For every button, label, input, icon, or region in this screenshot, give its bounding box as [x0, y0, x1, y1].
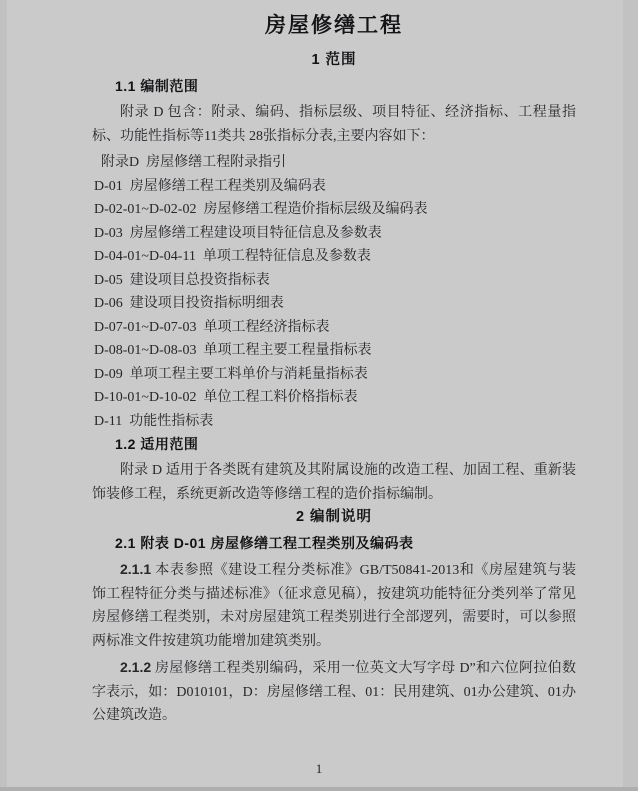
section-heading-scope: 1 范围: [92, 52, 576, 69]
heading-table-d01: 2.1 附表 D-01 房屋修缮工程工程类别及编码表: [92, 535, 576, 552]
page-number: 1: [316, 761, 323, 776]
list-item: D-03 房屋修缮工程建设项目特征信息及参数表: [92, 222, 576, 246]
document-content: 房屋修缮工程 1 范围 1.1 编制范围 附录 D 包含：附录、编码、指标层级、…: [92, 12, 576, 731]
list-item: D-09 单项工程主要工料单价与消耗量指标表: [92, 363, 576, 387]
list-item: D-10-01~D-10-02 单位工程工料价格指标表: [92, 386, 576, 410]
heading-compilation-scope: 1.1 编制范围: [92, 78, 576, 95]
list-item: D-11 功能性指标表: [92, 410, 576, 434]
list-item: D-07-01~D-07-03 单项工程经济指标表: [92, 316, 576, 340]
document-page: 房屋修缮工程 1 范围 1.1 编制范围 附录 D 包含：附录、编码、指标层级、…: [0, 0, 638, 791]
paragraph-number: 2.1.1: [120, 561, 151, 577]
list-item: D-04-01~D-04-11 单项工程特征信息及参数表: [92, 245, 576, 269]
page-edge-bottom: [0, 787, 638, 791]
intro-paragraph: 附录 D 包含：附录、编码、指标层级、项目特征、经济指标、工程量指标、功能性指标…: [92, 101, 576, 148]
applicable-scope-paragraph: 附录 D 适用于各类既有建筑及其附属设施的改造工程、加固工程、重新装饰装修工程，…: [92, 459, 576, 506]
list-item: 附录D 房屋修缮工程附录指引: [92, 151, 576, 175]
appendix-table-list: 附录D 房屋修缮工程附录指引 D-01 房屋修缮工程工程类别及编码表 D-02-…: [92, 151, 576, 433]
page-edge-left: [0, 0, 7, 791]
heading-applicable-scope: 1.2 适用范围: [92, 436, 576, 453]
list-item: D-01 房屋修缮工程工程类别及编码表: [92, 175, 576, 199]
section-heading-notes: 2 编制说明: [92, 509, 576, 526]
list-item: D-06 建设项目投资指标明细表: [92, 292, 576, 316]
list-item: D-02-01~D-02-02 房屋修缮工程造价指标层级及编码表: [92, 198, 576, 222]
paragraph-2-1-1: 2.1.1 本表参照《建设工程分类标准》GB/T50841-2013和《房屋建筑…: [92, 558, 576, 653]
paragraph-2-1-2: 2.1.2 房屋修缮工程类别编码，采用一位英文大写字母 D”和六位阿拉伯数字表示…: [92, 656, 576, 728]
page-edge-right: [623, 0, 638, 791]
list-item: D-08-01~D-08-03 单项工程主要工程量指标表: [92, 339, 576, 363]
paragraph-text: 本表参照《建设工程分类标准》GB/T50841-2013和《房屋建筑与装饰工程特…: [92, 563, 576, 649]
list-item: D-05 建设项目总投资指标表: [92, 269, 576, 293]
doc-title: 房屋修缮工程: [92, 12, 576, 39]
paragraph-text: 房屋修缮工程类别编码，采用一位英文大写字母 D”和六位阿拉伯数字表示，如：D01…: [92, 661, 576, 723]
page-footer: 1: [0, 762, 638, 776]
paragraph-number: 2.1.2: [120, 659, 151, 675]
